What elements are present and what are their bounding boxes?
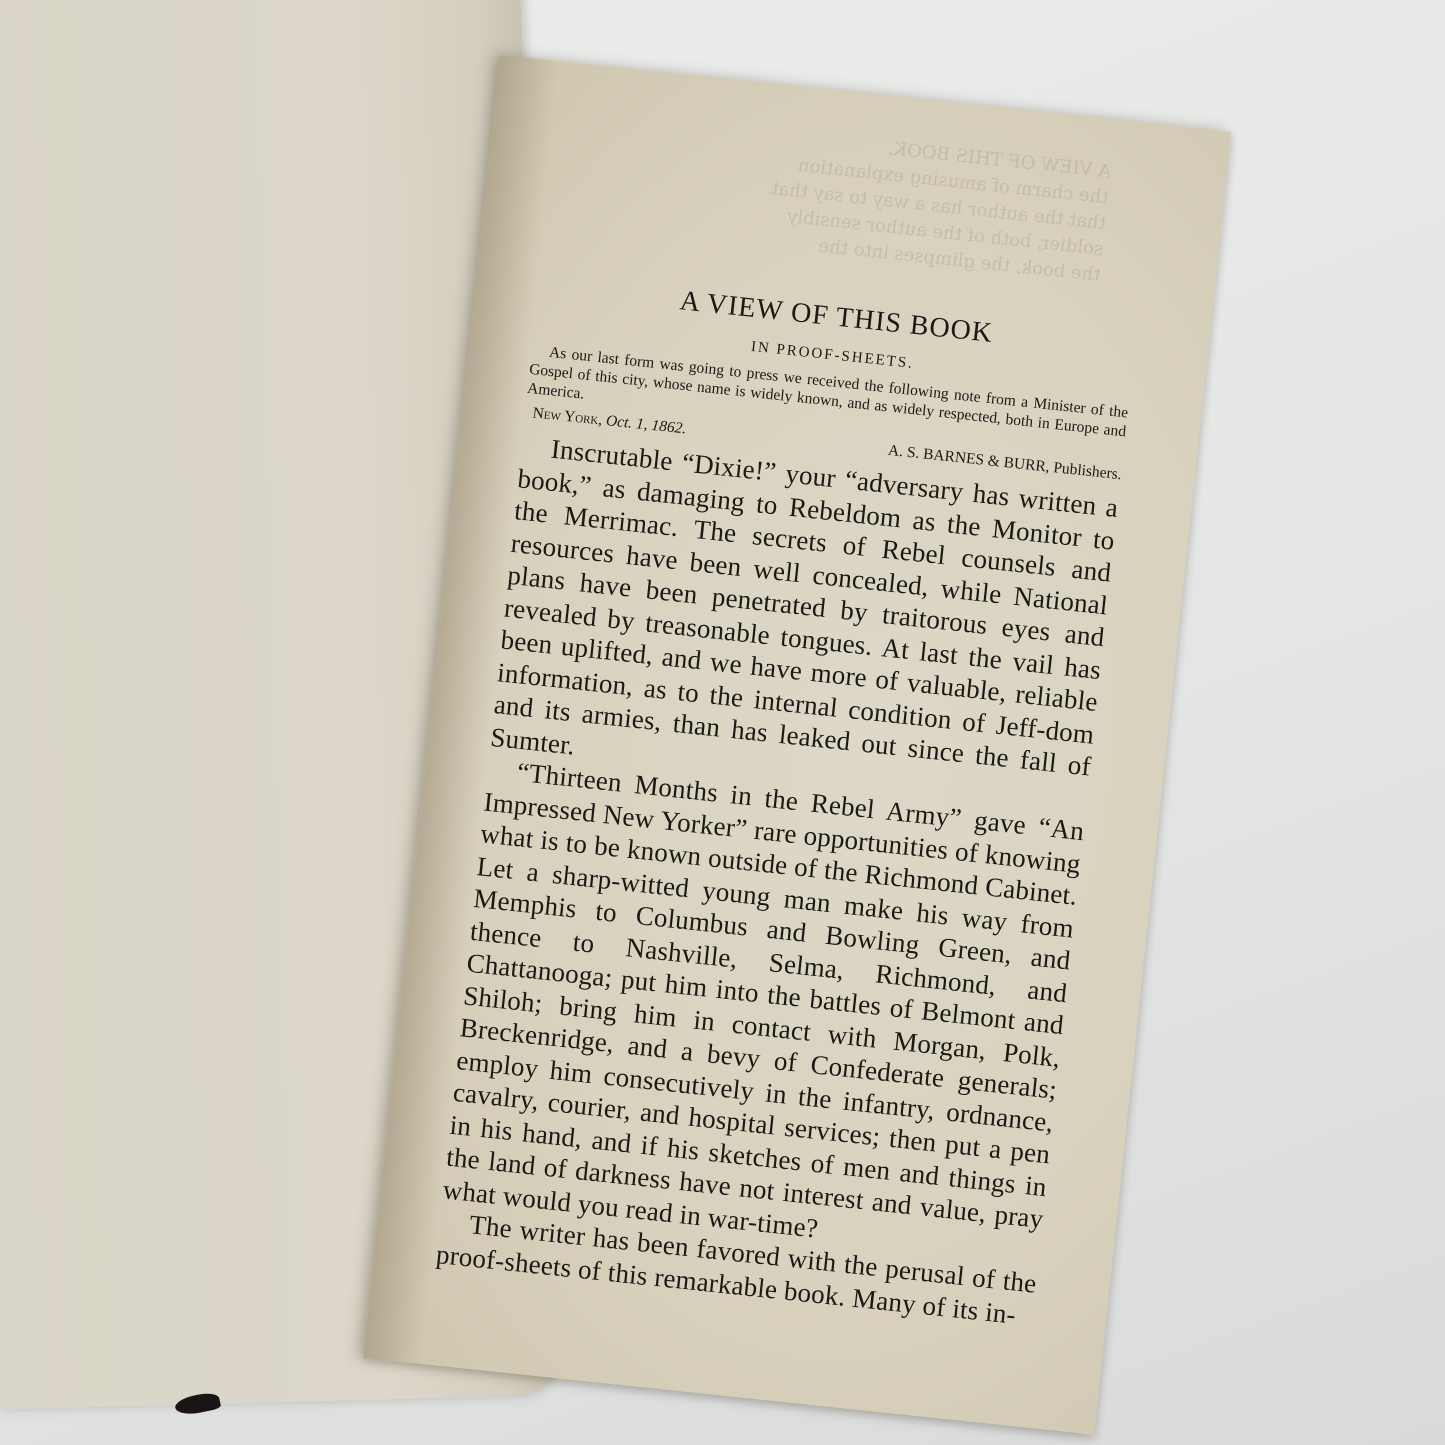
bleed-through-text: A VIEW OF THIS BOOK. the charm of amusin… xyxy=(542,101,1113,289)
body-paragraph-2: “Thirteen Months in the Rebel Army” gave… xyxy=(441,753,1085,1268)
right-page: A VIEW OF THIS BOOK. the charm of amusin… xyxy=(363,55,1231,1435)
dateline-place: New York, xyxy=(532,404,603,428)
dateline-date: Oct. 1, 1862. xyxy=(605,412,687,437)
page-text-block: A VIEW OF THIS BOOK IN PROOF-SHEETS. As … xyxy=(435,270,1137,1332)
book-photo: A VIEW OF THIS BOOK. the charm of amusin… xyxy=(0,0,1445,1445)
body-paragraph-1: Inscrutable “Dixie!” your “adversary has… xyxy=(489,429,1120,815)
